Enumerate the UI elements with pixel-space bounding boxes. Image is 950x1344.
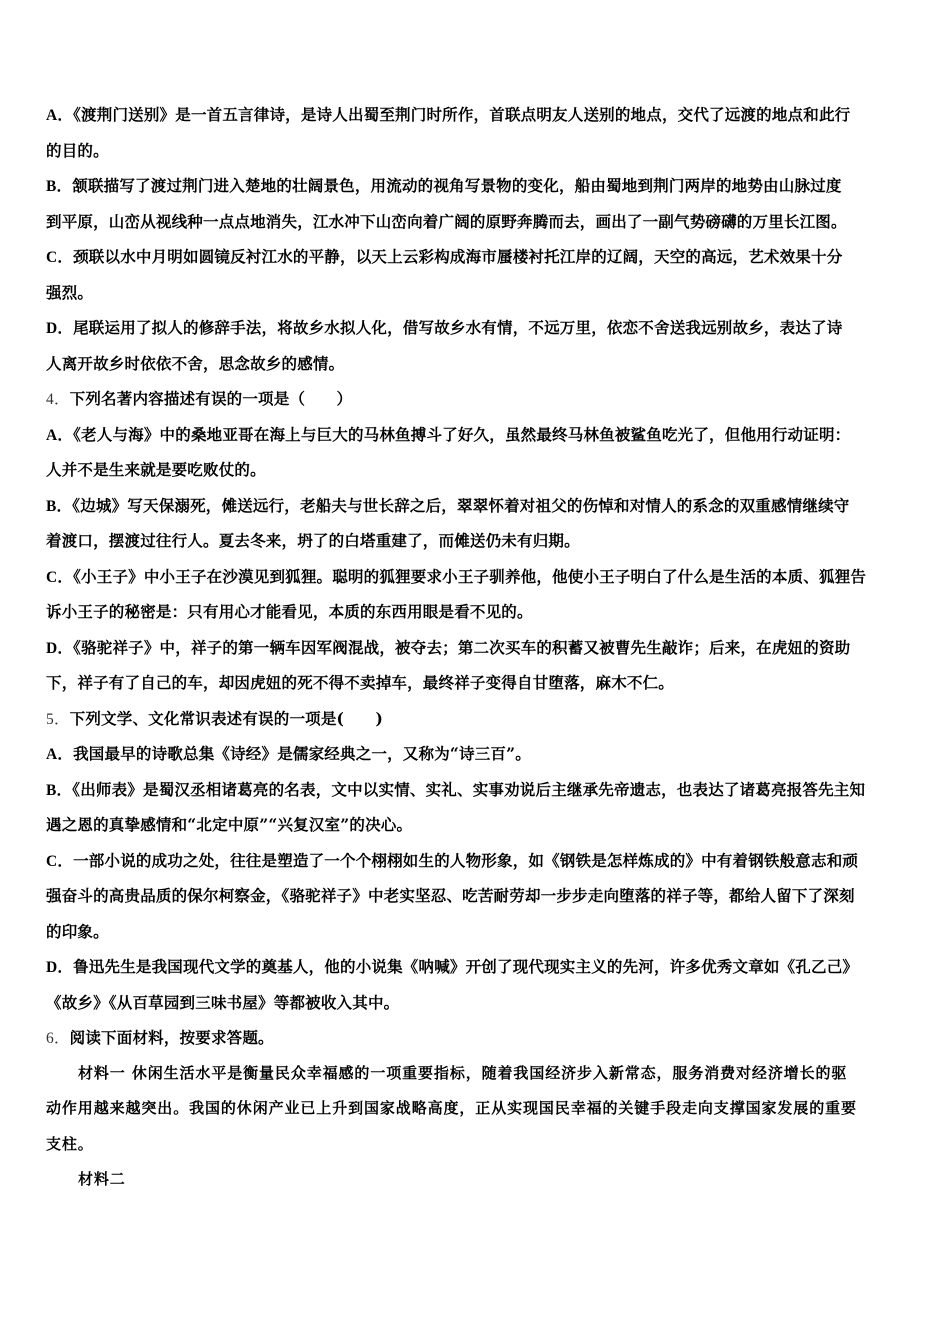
q3-option-d: D．尾联运用了拟人的修辞手法，将故乡水拟人化，借写故乡水有情，不远万里，依恋不舍… — [46, 310, 906, 381]
option-letter: A． — [46, 107, 73, 124]
material-text: 支柱。 — [46, 1127, 906, 1163]
q4-option-b: B．《边城》写天保溺死，傩送远行，老船夫与世长辞之后，翠翠怀着对祖父的伤悼和对情… — [46, 488, 906, 559]
option-text: 遇之恩的真挚感情和“北定中原”“兴复汉室”的决心。 — [46, 807, 906, 843]
option-text: 《出师表》是蜀汉丞相诸葛亮的名表，文中以实情、实礼、实事劝说后主继承先帝遗志，也… — [72, 780, 865, 799]
material-text: 休闲生活水平是衡量民众幸福感的一项重要指标，随着我国经济步入新常态，服务消费对经… — [132, 1064, 848, 1082]
option-letter: B． — [46, 498, 72, 515]
option-text: 人并不是生来就是要吃败仗的。 — [46, 452, 906, 488]
q3-option-b: B．颔联描写了渡过荆门进入楚地的壮阔景色，用流动的视角写景物的变化，船由蜀地到荆… — [46, 168, 906, 239]
q5-option-b: B．《出师表》是蜀汉丞相诸葛亮的名表，文中以实情、实礼、实事劝说后主继承先帝遗志… — [46, 772, 906, 843]
option-text: 一部小说的成功之处，往往是塑造了一个个栩栩如生的人物形象，如《钢铁是怎样炼成的》… — [73, 851, 858, 870]
question-text: 阅读下面材料，按要求答题。 — [70, 1028, 274, 1047]
option-text: 鲁迅先生是我国现代文学的奠基人，他的小说集《呐喊》开创了现代现实主义的先河，许多… — [73, 957, 858, 976]
question-text: 下列名著内容描述有误的一项是（ ） — [70, 389, 353, 408]
option-text: 的目的。 — [46, 133, 906, 169]
option-text: 《小王子》中小王子在沙漠见到狐狸。聪明的狐狸要求小王子驯养他，他使小王子明白了什… — [73, 567, 866, 586]
question-text: 下列文学、文化常识表述有误的一项是( ) — [70, 709, 383, 728]
q5-option-a: A．我国最早的诗歌总集《诗经》是儒家经典之一，又称为“诗三百”。 — [46, 736, 906, 772]
option-text: 人离开故乡时依依不舍，思念故乡的感情。 — [46, 346, 906, 382]
option-text: 诉小王子的秘密是：只有用心才能看见，本质的东西用眼是看不见的。 — [46, 594, 906, 630]
option-text: 到平原，山峦从视线种一点点地消失，江水冲下山峦向着广阔的原野奔腾而去，画出了一副… — [46, 204, 906, 240]
question-4: 4．下列名著内容描述有误的一项是（ ） A．《老人与海》中的桑地亚哥在海上与巨大… — [46, 381, 906, 701]
option-text: 颔联描写了渡过荆门进入楚地的壮阔景色，用流动的视角写景物的变化，船由蜀地到荆门两… — [72, 176, 841, 195]
option-letter: D． — [46, 640, 73, 657]
option-text: 《渡荆门送别》是一首五言律诗，是诗人出蜀至荆门时所作，首联点明友人送别的地点，交… — [73, 105, 850, 124]
option-letter: C． — [46, 249, 73, 266]
option-letter: D． — [46, 959, 73, 976]
option-text: 着渡口，摆渡过往行人。夏去冬来，坍了的白塔重建了，而傩送仍未有归期。 — [46, 523, 906, 559]
q4-option-c: C．《小王子》中小王子在沙漠见到狐狸。聪明的狐狸要求小王子驯养他，他使小王子明白… — [46, 559, 906, 630]
option-text: 《老人与海》中的桑地亚哥在海上与巨大的马林鱼搏斗了好久，虽然最终马林鱼被鲨鱼吃光… — [73, 425, 850, 444]
option-letter: B． — [46, 782, 72, 799]
material-title: 材料二 — [46, 1162, 906, 1198]
option-text: 我国最早的诗歌总集《诗经》是儒家经典之一，又称为“诗三百”。 — [73, 744, 531, 763]
material-title: 材料一 — [78, 1064, 126, 1082]
option-text: 下，祥子有了自己的车，却因虎妞的死不得不卖掉车，最终祥子变得自甘堕落，麻木不仁。 — [46, 665, 906, 701]
option-letter: C． — [46, 569, 73, 586]
material-text: 动作用越来越突出。我国的休闲产业已上升到国家战略高度，正从实现国民幸福的关键手段… — [46, 1091, 906, 1127]
material-1: 材料一 休闲生活水平是衡量民众幸福感的一项重要指标，随着我国经济步入新常态，服务… — [46, 1056, 906, 1163]
question-number: 6． — [46, 1030, 70, 1047]
question-stem: 5．下列文学、文化常识表述有误的一项是( ) — [46, 701, 906, 737]
option-letter: C． — [46, 853, 73, 870]
material-2: 材料二 — [46, 1162, 906, 1198]
option-text: 《边城》写天保溺死，傩送远行，老船夫与世长辞之后，翠翠怀着对祖父的伤悼和对情人的… — [72, 496, 849, 515]
q3-option-a: A．《渡荆门送别》是一首五言律诗，是诗人出蜀至荆门时所作，首联点明友人送别的地点… — [46, 97, 906, 168]
q5-option-c: C．一部小说的成功之处，往往是塑造了一个个栩栩如生的人物形象，如《钢铁是怎样炼成… — [46, 843, 906, 950]
q4-option-d: D．《骆驼祥子》中，祥子的第一辆车因军阀混战，被夺去；第二次买车的积蓄又被曹先生… — [46, 630, 906, 701]
option-text: 《故乡》《从百草园到三味书屋》等都被收入其中。 — [46, 985, 906, 1021]
question-stem: 4．下列名著内容描述有误的一项是（ ） — [46, 381, 906, 417]
option-text: 强烈。 — [46, 275, 906, 311]
option-text: 强奋斗的高贵品质的保尔柯察金，《骆驼祥子》中老实坚忍、吃苦耐劳却一步步走向堕落的… — [46, 878, 906, 914]
question-stem: 6．阅读下面材料，按要求答题。 — [46, 1020, 906, 1056]
option-letter: B． — [46, 178, 72, 195]
option-text: 尾联运用了拟人的修辞手法，将故乡水拟人化，借写故乡水有情，不远万里，依恋不舍送我… — [73, 318, 842, 337]
question-number: 4． — [46, 391, 70, 408]
question-number: 5． — [46, 711, 70, 728]
question-6: 6．阅读下面材料，按要求答题。 材料一 休闲生活水平是衡量民众幸福感的一项重要指… — [46, 1020, 906, 1198]
option-letter: D． — [46, 320, 73, 337]
option-letter: A． — [46, 746, 73, 763]
option-text: 《骆驼祥子》中，祥子的第一辆车因军阀混战，被夺去；第二次买车的积蓄又被曹先生敲诈… — [73, 638, 850, 657]
q3-option-c: C．颈联以水中月明如圆镜反衬江水的平静，以天上云彩构成海市蜃楼衬托江岸的辽阔，天… — [46, 239, 906, 310]
q5-option-d: D．鲁迅先生是我国现代文学的奠基人，他的小说集《呐喊》开创了现代现实主义的先河，… — [46, 949, 906, 1020]
exam-page: A．《渡荆门送别》是一首五言律诗，是诗人出蜀至荆门时所作，首联点明友人送别的地点… — [46, 97, 906, 1198]
option-letter: A． — [46, 427, 73, 444]
q4-option-a: A．《老人与海》中的桑地亚哥在海上与巨大的马林鱼搏斗了好久，虽然最终马林鱼被鲨鱼… — [46, 417, 906, 488]
option-text: 颈联以水中月明如圆镜反衬江水的平静，以天上云彩构成海市蜃楼衬托江岸的辽阔，天空的… — [73, 247, 842, 266]
option-text: 的印象。 — [46, 914, 906, 950]
question-5: 5．下列文学、文化常识表述有误的一项是( ) A．我国最早的诗歌总集《诗经》是儒… — [46, 701, 906, 1021]
